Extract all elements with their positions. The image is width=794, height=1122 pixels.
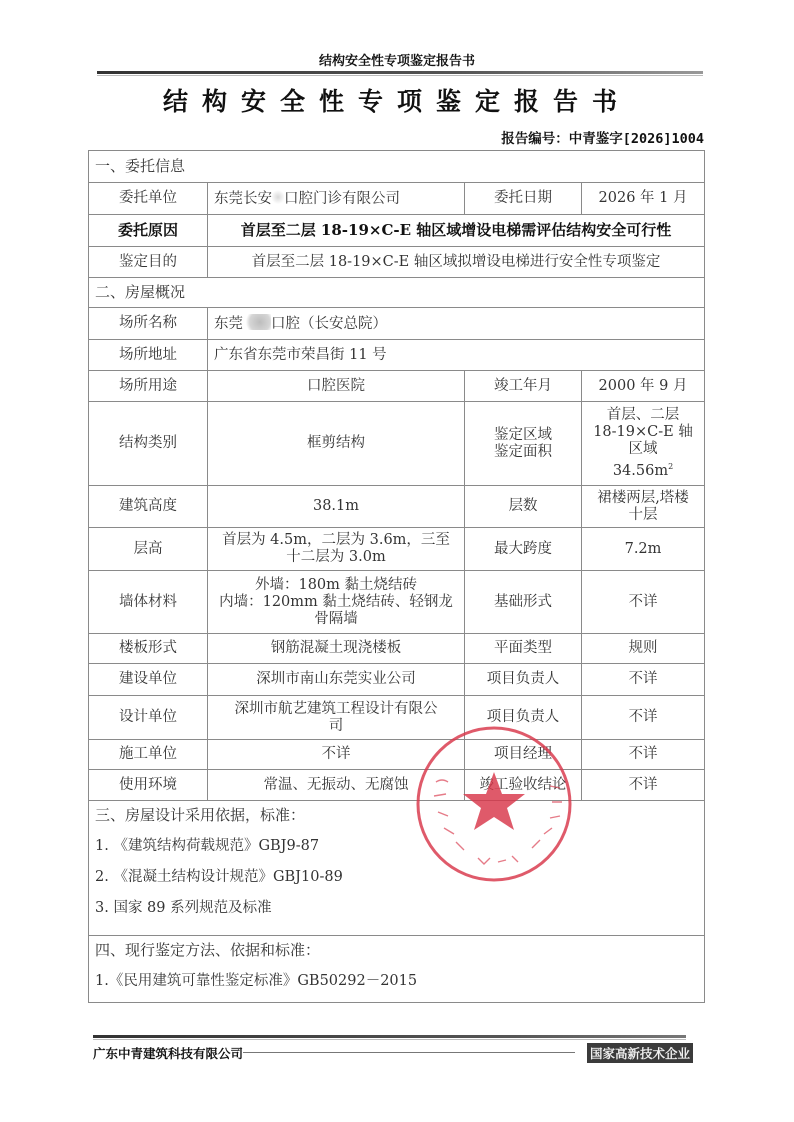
footer-rule-thin bbox=[93, 1039, 686, 1040]
structure-label: 结构类别 bbox=[89, 402, 208, 486]
reason-label: 委托原因 bbox=[89, 215, 208, 247]
address-label: 场所地址 bbox=[89, 340, 208, 371]
wall-value: 外墙：180m 黏土烧结砖 内墙：120mm 黏土烧结砖、轻钢龙 骨隔墙 bbox=[208, 571, 465, 634]
client-label: 委托单位 bbox=[89, 183, 208, 215]
table-row: 建设单位 深圳市南山东莞实业公司 项目负责人 不详 bbox=[89, 664, 705, 696]
site-name-prefix: 东莞 bbox=[214, 316, 243, 332]
storey-height-label: 层高 bbox=[89, 528, 208, 571]
area-value-line: 34.56m2 bbox=[586, 458, 700, 480]
redacted-text bbox=[272, 189, 284, 205]
acceptance-value: 不详 bbox=[582, 770, 705, 801]
document-title: 结构安全性专项鉴定报告书 bbox=[0, 82, 794, 118]
table-row: 设计单位 深圳市航艺建筑工程设计有限公 司 项目负责人 不详 bbox=[89, 696, 705, 740]
slab-label: 楼板形式 bbox=[89, 634, 208, 664]
wall-value-line: 内墙：120mm 黏土烧结砖、轻钢龙 bbox=[212, 594, 460, 611]
date-label: 委托日期 bbox=[465, 183, 582, 215]
slab-value: 钢筋混凝土现浇楼板 bbox=[208, 634, 465, 664]
area-value-line: 区域 bbox=[586, 441, 700, 458]
purpose-value: 首层至二层 18-19×C-E 轴区域拟增设电梯进行安全性专项鉴定 bbox=[208, 247, 705, 278]
designer-pm-label: 项目负责人 bbox=[465, 696, 582, 740]
table-row: 场所名称 东莞口腔（长安总院） bbox=[89, 308, 705, 340]
reason-value: 首层至二层 18-19×C-E 轴区域增设电梯需评估结构安全可行性 bbox=[208, 215, 705, 247]
footer-rule bbox=[93, 1035, 686, 1038]
contractor-pm-value: 不详 bbox=[582, 740, 705, 770]
storey-height-line: 十二层为 3.0m bbox=[212, 549, 460, 566]
table-row: 使用环境 常温、无振动、无腐蚀 竣工验收结论 不详 bbox=[89, 770, 705, 801]
footer-company: 广东中青建筑科技有限公司 bbox=[93, 1044, 243, 1062]
height-label: 建筑高度 bbox=[89, 486, 208, 528]
designer-pm-value: 不详 bbox=[582, 696, 705, 740]
client-value-suffix: 口腔门诊有限公司 bbox=[284, 191, 400, 207]
height-value: 38.1m bbox=[208, 486, 465, 528]
client-value: 东莞长安口腔门诊有限公司 bbox=[208, 183, 465, 215]
use-label: 场所用途 bbox=[89, 371, 208, 402]
contractor-label: 施工单位 bbox=[89, 740, 208, 770]
max-span-value: 7.2m bbox=[582, 528, 705, 571]
structure-value: 框剪结构 bbox=[208, 402, 465, 486]
table-row: 墙体材料 外墙：180m 黏土烧结砖 内墙：120mm 黏土烧结砖、轻钢龙 骨隔… bbox=[89, 571, 705, 634]
floors-label: 层数 bbox=[465, 486, 582, 528]
designer-label: 设计单位 bbox=[89, 696, 208, 740]
table-row: 场所用途 口腔医院 竣工年月 2000 年 9 月 bbox=[89, 371, 705, 402]
report-number: 报告编号：中青鉴字[2026]1004 bbox=[501, 127, 704, 147]
storey-height-line: 首层为 4.5m，二层为 3.6m，三至 bbox=[212, 532, 460, 549]
table-row: 施工单位 不详 项目经理 不详 bbox=[89, 740, 705, 770]
wall-value-line: 骨隔墙 bbox=[212, 611, 460, 628]
foundation-label: 基础形式 bbox=[465, 571, 582, 634]
site-name-suffix: 口腔（长安总院） bbox=[271, 316, 387, 332]
section3-cell: 三、房屋设计采用依据，标准： 1. 《建筑结构荷载规范》GBJ9-87 2. 《… bbox=[89, 801, 705, 936]
header-rule-thin bbox=[97, 75, 703, 76]
table-row: 鉴定目的 首层至二层 18-19×C-E 轴区域拟增设电梯进行安全性专项鉴定 bbox=[89, 247, 705, 278]
standard-item: 3. 国家 89 系列规范及标准 bbox=[95, 893, 700, 924]
contractor-value: 不详 bbox=[208, 740, 465, 770]
designer-value: 深圳市航艺建筑工程设计有限公 司 bbox=[208, 696, 465, 740]
floors-value-line: 裙楼两层,塔楼 bbox=[586, 490, 700, 507]
area-value: 首层、二层 18-19×C-E 轴 区域 34.56m2 bbox=[582, 402, 705, 486]
site-name-value: 东莞口腔（长安总院） bbox=[208, 308, 705, 340]
area-label-line: 鉴定面积 bbox=[469, 444, 577, 461]
section4-row: 四、现行鉴定方法、依据和标准： 1.《民用建筑可靠性鉴定标准》GB50292－2… bbox=[89, 936, 705, 1003]
developer-pm-value: 不详 bbox=[582, 664, 705, 696]
area-value-line: 首层、二层 bbox=[586, 407, 700, 424]
footer-badge: 国家高新技术企业 bbox=[587, 1043, 693, 1063]
purpose-label: 鉴定目的 bbox=[89, 247, 208, 278]
report-number-value: 中青鉴字[2026]1004 bbox=[569, 131, 704, 147]
table-row: 委托原因 首层至二层 18-19×C-E 轴区域增设电梯需评估结构安全可行性 bbox=[89, 215, 705, 247]
completion-label: 竣工年月 bbox=[465, 371, 582, 402]
running-header: 结构安全性专项鉴定报告书 bbox=[0, 50, 794, 69]
client-value-prefix: 东莞长安 bbox=[214, 191, 272, 207]
plan-label: 平面类型 bbox=[465, 634, 582, 664]
section1-heading: 一、委托信息 bbox=[89, 151, 705, 183]
contractor-pm-label: 项目经理 bbox=[465, 740, 582, 770]
environment-label: 使用环境 bbox=[89, 770, 208, 801]
plan-value: 规则 bbox=[582, 634, 705, 664]
area-label: 鉴定区域 鉴定面积 bbox=[465, 402, 582, 486]
footer-divider bbox=[243, 1052, 575, 1053]
max-span-label: 最大跨度 bbox=[465, 528, 582, 571]
developer-label: 建设单位 bbox=[89, 664, 208, 696]
section3-row: 三、房屋设计采用依据，标准： 1. 《建筑结构荷载规范》GBJ9-87 2. 《… bbox=[89, 801, 705, 936]
table-row: 场所地址 广东省东莞市荣昌街 11 号 bbox=[89, 340, 705, 371]
report-number-label: 报告编号： bbox=[501, 131, 569, 147]
use-value: 口腔医院 bbox=[208, 371, 465, 402]
environment-value: 常温、无振动、无腐蚀 bbox=[208, 770, 465, 801]
redacted-text bbox=[243, 314, 271, 330]
completion-value: 2000 年 9 月 bbox=[582, 371, 705, 402]
floors-value-line: 十层 bbox=[586, 507, 700, 524]
section2-heading: 二、房屋概况 bbox=[89, 278, 705, 308]
standard-item: 2. 《混凝土结构设计规范》GBJ10-89 bbox=[95, 862, 700, 893]
area-label-line: 鉴定区域 bbox=[469, 427, 577, 444]
foundation-value: 不详 bbox=[582, 571, 705, 634]
area-number: 34.56m bbox=[613, 463, 668, 479]
designer-value-line: 深圳市航艺建筑工程设计有限公 bbox=[212, 701, 460, 718]
table-row: 楼板形式 钢筋混凝土现浇楼板 平面类型 规则 bbox=[89, 634, 705, 664]
section4-heading: 四、现行鉴定方法、依据和标准： bbox=[95, 936, 700, 966]
standard-item: 1.《民用建筑可靠性鉴定标准》GB50292－2015 bbox=[95, 966, 700, 997]
date-value: 2026 年 1 月 bbox=[582, 183, 705, 215]
developer-pm-label: 项目负责人 bbox=[465, 664, 582, 696]
section3-heading: 三、房屋设计采用依据，标准： bbox=[95, 801, 700, 831]
storey-height-value: 首层为 4.5m，二层为 3.6m，三至 十二层为 3.0m bbox=[208, 528, 465, 571]
report-table: 一、委托信息 委托单位 东莞长安口腔门诊有限公司 委托日期 2026 年 1 月… bbox=[88, 150, 705, 1003]
developer-value: 深圳市南山东莞实业公司 bbox=[208, 664, 465, 696]
standard-item: 1. 《建筑结构荷载规范》GBJ9-87 bbox=[95, 831, 700, 862]
acceptance-label: 竣工验收结论 bbox=[465, 770, 582, 801]
floors-value: 裙楼两层,塔楼 十层 bbox=[582, 486, 705, 528]
site-name-label: 场所名称 bbox=[89, 308, 208, 340]
wall-value-line: 外墙：180m 黏土烧结砖 bbox=[212, 577, 460, 594]
designer-value-line: 司 bbox=[212, 718, 460, 735]
area-value-line: 18-19×C-E 轴 bbox=[586, 424, 700, 441]
table-row: 层高 首层为 4.5m，二层为 3.6m，三至 十二层为 3.0m 最大跨度 7… bbox=[89, 528, 705, 571]
table-row: 建筑高度 38.1m 层数 裙楼两层,塔楼 十层 bbox=[89, 486, 705, 528]
table-row: 结构类别 框剪结构 鉴定区域 鉴定面积 首层、二层 18-19×C-E 轴 区域… bbox=[89, 402, 705, 486]
header-rule bbox=[97, 71, 703, 74]
section4-cell: 四、现行鉴定方法、依据和标准： 1.《民用建筑可靠性鉴定标准》GB50292－2… bbox=[89, 936, 705, 1003]
section1-header-row: 一、委托信息 bbox=[89, 151, 705, 183]
section2-header-row: 二、房屋概况 bbox=[89, 278, 705, 308]
wall-label: 墙体材料 bbox=[89, 571, 208, 634]
address-value: 广东省东莞市荣昌街 11 号 bbox=[208, 340, 705, 371]
table-row: 委托单位 东莞长安口腔门诊有限公司 委托日期 2026 年 1 月 bbox=[89, 183, 705, 215]
area-unit-sup: 2 bbox=[668, 462, 673, 471]
